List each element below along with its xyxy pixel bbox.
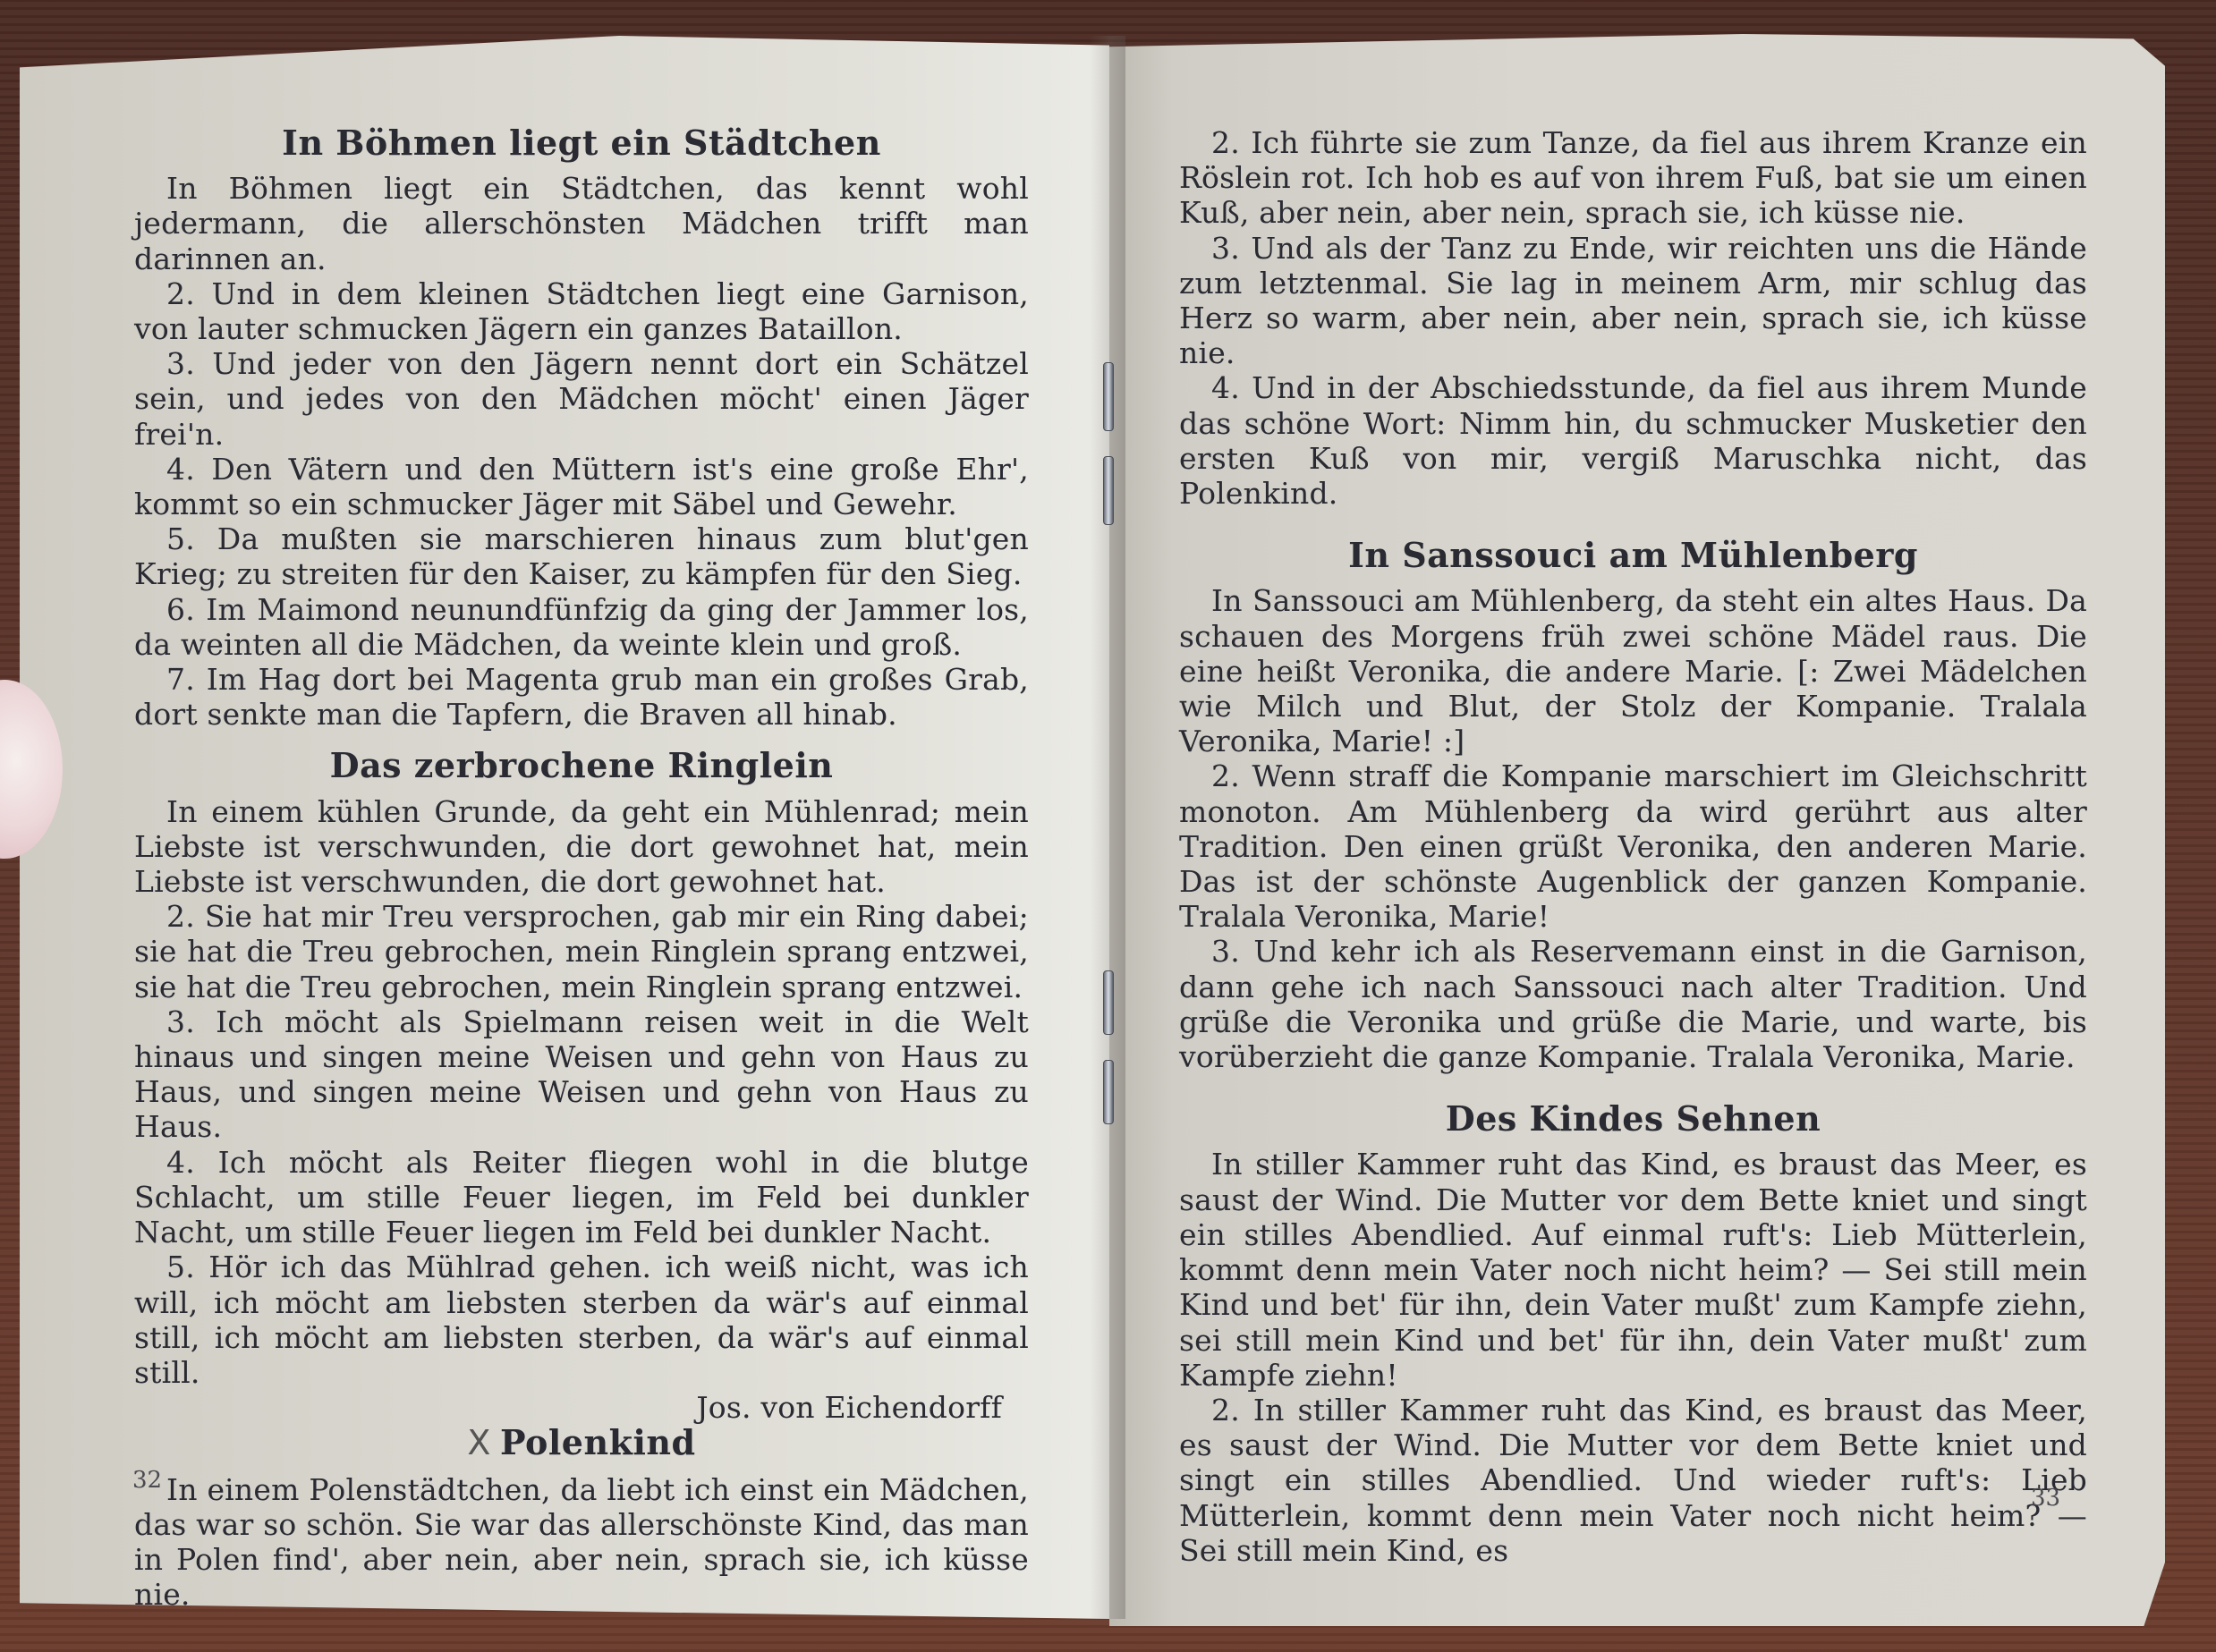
staple-icon [1103,362,1114,431]
verse: 3. Und jeder von den Jägern nennt dort e… [134,346,1029,452]
verse: 2. Ich führte sie zum Tanze, da fiel aus… [1179,125,2087,231]
verse: 5. Hör ich das Mühlrad gehen. ich weiß n… [134,1250,1029,1390]
staple-icon [1103,456,1114,525]
verse: 2. Sie hat mir Treu versprochen, gab mir… [134,899,1029,1004]
verse: In Sanssouci am Mühlenberg, da steht ein… [1179,583,2087,758]
song-boehmen: In Böhmen liegt ein Städtchen In Böhmen … [134,125,1029,732]
verse: 3. Ich möcht als Spielmann reisen weit i… [134,1004,1029,1145]
verse: 3. Und kehr ich als Reservemann einst in… [1179,934,2087,1074]
page-number-right: 33 [2031,1485,2060,1512]
verse: 7. Im Hag dort bei Magenta grub man ein … [134,662,1029,732]
verse: 2. Wenn straff die Kompanie marschiert i… [1179,758,2087,934]
page-number-left: 32 [132,1467,162,1494]
verse: 2. In stiller Kammer ruht das Kind, es b… [1179,1393,2087,1568]
staple-icon [1103,970,1114,1035]
song-polenkind: XPolenkind In einem Polenstädtchen, da l… [134,1425,1029,1612]
verse: 3. Und als der Tanz zu Ende, wir reichte… [1179,231,2087,371]
staple-icon [1103,1060,1114,1124]
verse: 4. Und in der Abschiedsstunde, da fiel a… [1179,370,2087,511]
song-title: In Sanssouci am Mühlenberg [1179,538,2087,572]
song-title: In Böhmen liegt ein Städtchen [134,125,1029,160]
verse: 2. Und in dem kleinen Städtchen liegt ei… [134,276,1029,346]
verse: In Böhmen liegt ein Städtchen, das kennt… [134,171,1029,276]
left-page-text: In Böhmen liegt ein Städtchen In Böhmen … [134,125,1029,1612]
song-title: Des Kindes Sehnen [1179,1101,2087,1136]
verse: In einem kühlen Grunde, da geht ein Mühl… [134,794,1029,900]
song-title: XPolenkind [134,1425,1029,1461]
song-title-text: Polenkind [500,1422,696,1462]
song-polenkind-continued: 2. Ich führte sie zum Tanze, da fiel aus… [1179,125,2087,511]
song-sanssouci: In Sanssouci am Mühlenberg In Sanssouci … [1179,538,2087,1074]
right-page-text: 2. Ich führte sie zum Tanze, da fiel aus… [1179,125,2087,1568]
song-title: Das zerbrochene Ringlein [134,748,1029,783]
verse: 4. Den Vätern und den Müttern ist's eine… [134,452,1029,521]
book-spine-gutter [1090,36,1125,1619]
verse: In einem Polenstädtchen, da liebt ich ei… [134,1472,1029,1613]
verse: In stiller Kammer ruht das Kind, es brau… [1179,1147,2087,1392]
verse: 4. Ich möcht als Reiter fliegen wohl in … [134,1145,1029,1250]
verse: 5. Da mußten sie marschieren hinaus zum … [134,521,1029,591]
handwritten-x-mark-icon: X [467,1423,491,1462]
song-ringlein: Das zerbrochene Ringlein In einem kühlen… [134,748,1029,1425]
song-author: Jos. von Eichendorff [134,1390,1029,1425]
song-kindes-sehnen: Des Kindes Sehnen In stiller Kammer ruht… [1179,1101,2087,1568]
verse: 6. Im Maimond neunundfünfzig da ging der… [134,592,1029,662]
